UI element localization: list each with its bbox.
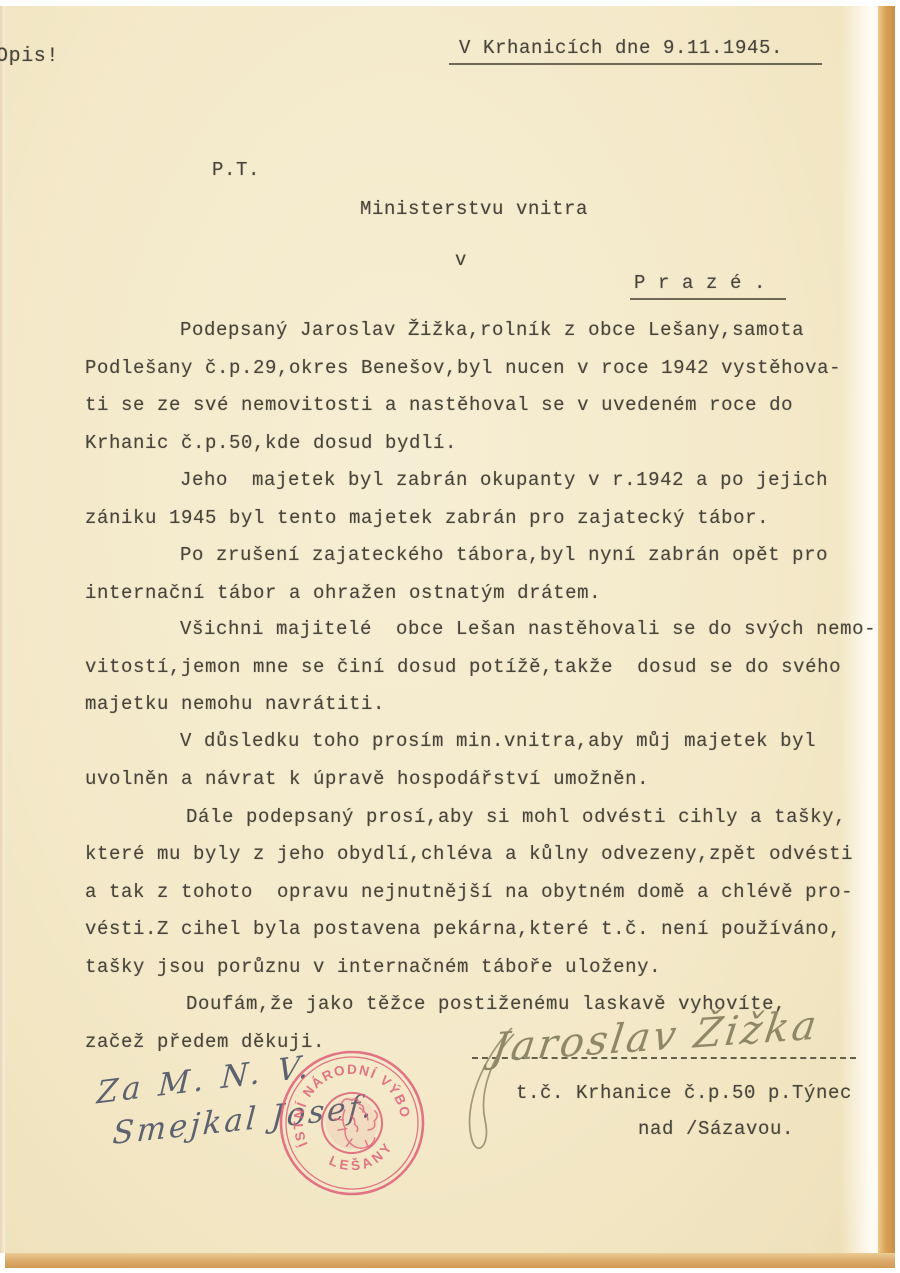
recipient-preposition: v <box>455 248 467 273</box>
typed-line: tašky jsou porůznu v internačném táboře … <box>85 955 661 980</box>
typed-line: které mu byly z jeho obydlí,chléva a kůl… <box>85 842 853 867</box>
typed-line: V důsledku toho prosím min.vnitra,aby mů… <box>180 729 816 754</box>
typed-line: vésti.Z cihel byla postavena pekárna,kte… <box>85 917 841 942</box>
official-stamp: MÍSTNÍ NÁRODNÍ VÝBOR LEŠANY <box>277 1048 427 1198</box>
typed-line: Po zrušení zajateckého tábora,byl nyní z… <box>180 543 828 568</box>
typed-line: Krhanic č.p.50,kde dosud bydlí. <box>85 431 457 456</box>
dateline: V Krhanicích dne 9.11.1945. <box>459 36 783 61</box>
typed-line: zániku 1945 byl tento majetek zabrán pro… <box>85 506 769 531</box>
recipient-city: P r a z é . <box>634 271 766 296</box>
recipient-line: Ministerstvu vnitra <box>360 197 588 222</box>
scanned-letter: Opis! V Krhanicích dne 9.11.1945. P.T. M… <box>0 0 900 1273</box>
typed-line: Podlešany č.p.29,okres Benešov,byl nucen… <box>85 356 841 381</box>
typed-line: Dále podepsaný prosí,aby si mohl odvésti… <box>186 805 846 830</box>
recipient-city-underline <box>630 298 786 300</box>
typed-line: a tak z tohoto opravu nejnutnější na oby… <box>85 880 853 905</box>
paper-edge-right <box>878 6 895 1268</box>
dateline-underline <box>449 63 822 65</box>
typed-line: Jeho majetek byl zabrán okupanty v r.194… <box>180 468 828 493</box>
paper-edge-left <box>0 6 5 1253</box>
typed-line: internační tábor a ohražen ostnatým drát… <box>85 581 601 606</box>
copy-label: Opis! <box>0 44 59 69</box>
address-line-2: nad /Sázavou. <box>638 1117 794 1142</box>
typed-line: vitostí,jemon mne se činí dosud potížě,t… <box>85 655 841 680</box>
typed-line: uvolněn a návrat k úpravě hospodářství u… <box>85 767 649 792</box>
typed-line: ti se ze své nemovitosti a nastěhoval se… <box>85 393 793 418</box>
salutation-pt: P.T. <box>212 158 260 183</box>
typed-line: Podepsaný Jaroslav Žižka,rolník z obce L… <box>180 318 804 343</box>
typed-line: Všichni majitelé obce Lešan nastěhovali … <box>180 617 876 642</box>
address-line-1: t.č. Krhanice č.p.50 p.Týnec <box>516 1081 852 1106</box>
lion-emblem-icon <box>320 1091 385 1157</box>
typed-line: majetku nemohu navrátiti. <box>85 692 385 717</box>
paper-edge-bottom <box>5 1253 895 1268</box>
